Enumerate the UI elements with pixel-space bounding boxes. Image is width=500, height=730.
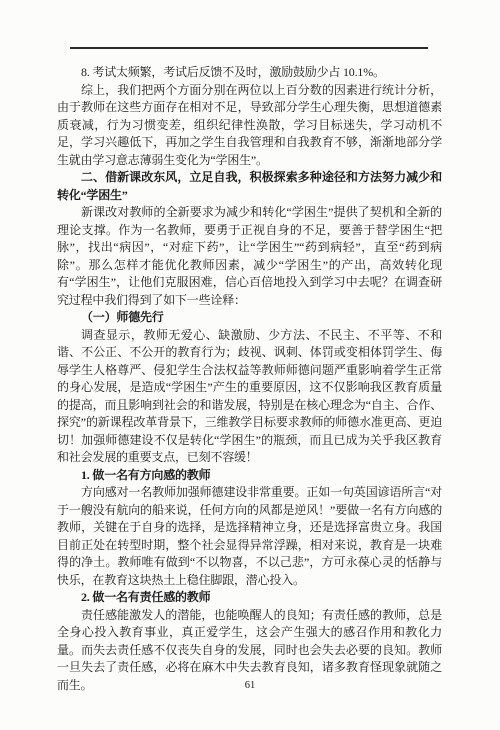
- document-body: 8. 考试太频繁，考试后反馈不及时，激励鼓励少占 10.1%。 综上，我们把两个…: [57, 64, 442, 694]
- numbered-heading: 1. 做一名有方向感的教师: [57, 467, 442, 485]
- paragraph: 调查显示，教师无爱心、缺激励、少方法、不民主、不平等、不和谐、不公正、不公开的教…: [57, 327, 442, 467]
- numbered-heading: 2. 做一名有责任感的教师: [57, 589, 442, 607]
- paragraph: 综上，我们把两个方面分别在两位以上百分数的因素进行统计分析，由于教师在这些方面存…: [57, 82, 442, 170]
- page-number: 61: [0, 680, 500, 691]
- paragraph: 方向感对一名教师加强师德建设非常重要。正如一句英国谚语所言“对于一艘没有航向的船…: [57, 484, 442, 589]
- subsection-heading: （一）师德先行: [57, 309, 442, 327]
- paragraph: 新课改对教师的全新要求为减少和转化“学困生”提供了契机和全新的理论支撑。作为一名…: [57, 204, 442, 309]
- header-divider: [70, 47, 428, 49]
- section-heading: 二、借新课改东风，立足自我，积极探索多种途径和方法努力减少和转化“学困生”: [57, 169, 442, 204]
- document-page: 8. 考试太频繁，考试后反馈不及时，激励鼓励少占 10.1%。 综上，我们把两个…: [0, 0, 500, 730]
- paragraph: 8. 考试太频繁，考试后反馈不及时，激励鼓励少占 10.1%。: [57, 64, 442, 82]
